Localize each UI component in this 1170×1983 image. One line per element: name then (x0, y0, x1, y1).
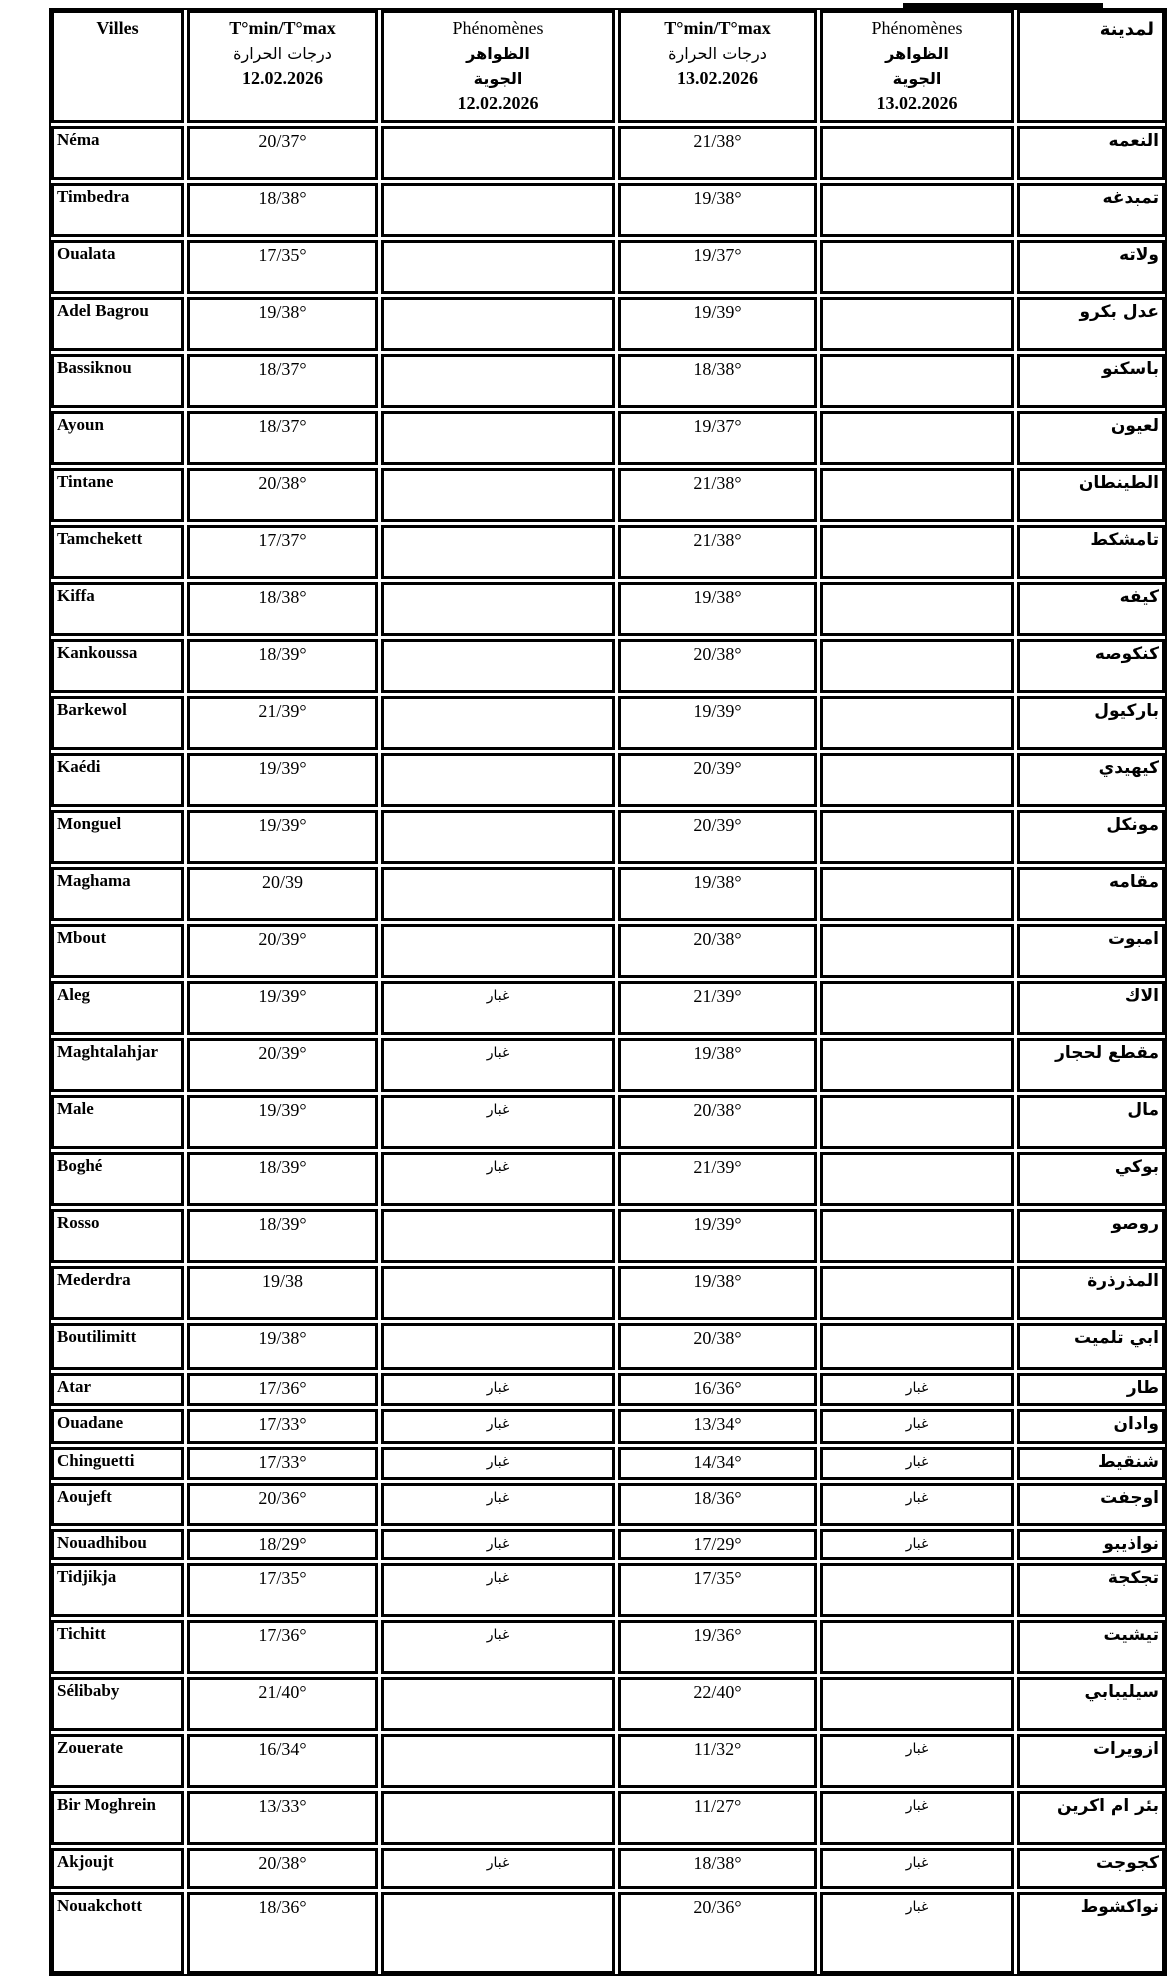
phenomena-day1-cell: غبار (381, 1373, 615, 1406)
phenomena-day1-cell (381, 1209, 615, 1263)
column-header-temp-day2: T°min/T°max درجات الحرارة 13.02.2026 (618, 10, 817, 123)
temp-day1-cell: 20/39° (187, 924, 378, 978)
city-arabic-cell: كيهيدي (1017, 753, 1165, 807)
city-arabic-cell: لعيون (1017, 411, 1165, 465)
temp-day1-cell: 18/38° (187, 582, 378, 636)
phenomena-day1-cell (381, 354, 615, 408)
temp-day2-cell: 19/38° (618, 1266, 817, 1320)
phenomena-day1-cell (381, 639, 615, 693)
phenomena-day1-cell (381, 1734, 615, 1788)
temp-day2-cell: 17/29° (618, 1529, 817, 1560)
temp-day2-cell: 21/38° (618, 126, 817, 180)
city-cell: Oualata (51, 240, 184, 294)
temp-day2-cell: 19/36° (618, 1620, 817, 1674)
phenomena-day2-cell: غبار (820, 1447, 1014, 1480)
temp-day2-cell: 20/38° (618, 639, 817, 693)
city-arabic-cell: نواذيبو (1017, 1529, 1165, 1560)
temp-day2-cell: 16/36° (618, 1373, 817, 1406)
phenomena-day2-cell: غبار (820, 1373, 1014, 1406)
temp-day1-cell: 16/34° (187, 1734, 378, 1788)
city-arabic-cell: النعمه (1017, 126, 1165, 180)
city-cell: Boutilimitt (51, 1323, 184, 1370)
city-arabic-cell: تمبدغه (1017, 183, 1165, 237)
phenomena-day2-cell (820, 753, 1014, 807)
city-cell: Zouerate (51, 1734, 184, 1788)
city-arabic-cell: كيفه (1017, 582, 1165, 636)
temp-day1-cell: 17/35° (187, 240, 378, 294)
phenomena-day1-subtitle-arabic-line1: الظواهر (384, 41, 612, 66)
city-cell: Mederdra (51, 1266, 184, 1320)
temp-day1-cell: 19/39° (187, 1095, 378, 1149)
phenomena-day2-cell (820, 183, 1014, 237)
phenomena-day1-cell: غبار (381, 981, 615, 1035)
temp-day1-cell: 18/39° (187, 1209, 378, 1263)
temp-day1-cell: 17/36° (187, 1373, 378, 1406)
temp-day1-cell: 20/38° (187, 1848, 378, 1889)
city-cell: Boghé (51, 1152, 184, 1206)
city-arabic-cell: شنقيط (1017, 1447, 1165, 1480)
city-cell: Néma (51, 126, 184, 180)
phenomena-day1-cell (381, 411, 615, 465)
phenomena-day2-subtitle-arabic-line1: الظواهر (823, 41, 1011, 66)
city-arabic-cell: باسكنو (1017, 354, 1165, 408)
phenomena-day1-cell (381, 1677, 615, 1731)
phenomena-day2-cell (820, 1677, 1014, 1731)
phenomena-day1-cell: غبار (381, 1038, 615, 1092)
temp-day2-cell: 21/38° (618, 468, 817, 522)
city-arabic-cell: بئر ام اكرين (1017, 1791, 1165, 1845)
city-arabic-cell: كنكوصه (1017, 639, 1165, 693)
city-cell: Akjoujt (51, 1848, 184, 1889)
temp-day2-cell: 18/36° (618, 1483, 817, 1526)
phenomena-day1-cell: غبار (381, 1620, 615, 1674)
phenomena-day2-cell (820, 867, 1014, 921)
temp-day2-cell: 19/39° (618, 696, 817, 750)
temp-day1-cell: 18/39° (187, 1152, 378, 1206)
city-cell: Kiffa (51, 582, 184, 636)
city-arabic-cell: باركيول (1017, 696, 1165, 750)
temp-day2-cell: 19/37° (618, 411, 817, 465)
phenomena-day2-cell (820, 1209, 1014, 1263)
temp-day1-cell: 19/38° (187, 1323, 378, 1370)
temp-day1-cell: 17/36° (187, 1620, 378, 1674)
phenomena-day2-cell (820, 582, 1014, 636)
temp-day1-cell: 18/39° (187, 639, 378, 693)
phenomena-day1-cell (381, 810, 615, 864)
temp-day1-cell: 17/35° (187, 1563, 378, 1617)
city-arabic-cell: مقطع لحجار (1017, 1038, 1165, 1092)
city-cell: Monguel (51, 810, 184, 864)
city-arabic-cell: امبوت (1017, 924, 1165, 978)
temp-day2-cell: 20/38° (618, 1095, 817, 1149)
temp-day1-cell: 19/38° (187, 297, 378, 351)
temp-day1-cell: 19/38 (187, 1266, 378, 1320)
temp-day2-cell: 11/32° (618, 1734, 817, 1788)
temp-day1-date: 12.02.2026 (190, 66, 375, 91)
phenomena-day2-cell: غبار (820, 1848, 1014, 1889)
phenomena-day1-cell (381, 582, 615, 636)
phenomena-day1-cell (381, 1892, 615, 1974)
temp-day2-cell: 20/39° (618, 753, 817, 807)
city-arabic-cell: الطينطان (1017, 468, 1165, 522)
city-cell: Aoujeft (51, 1483, 184, 1526)
phenomena-day2-subtitle-arabic-line2: الجوية (823, 66, 1011, 91)
city-cell: Sélibaby (51, 1677, 184, 1731)
temp-day2-cell: 19/38° (618, 183, 817, 237)
phenomena-day2-cell (820, 126, 1014, 180)
temp-day2-cell: 21/39° (618, 981, 817, 1035)
villes-label: Villes (54, 16, 181, 41)
temp-day1-cell: 18/38° (187, 183, 378, 237)
phenomena-day1-cell: غبار (381, 1483, 615, 1526)
city-arabic-cell: تيشيت (1017, 1620, 1165, 1674)
temp-day1-cell: 17/33° (187, 1447, 378, 1480)
phenomena-day2-cell (820, 1563, 1014, 1617)
city-arabic-cell: بوكي (1017, 1152, 1165, 1206)
city-arabic-label: لمدينة (1020, 19, 1154, 40)
temp-day1-cell: 19/39° (187, 753, 378, 807)
city-arabic-cell: نواكشوط (1017, 1892, 1165, 1974)
temp-day2-cell: 18/38° (618, 354, 817, 408)
city-arabic-cell: وادان (1017, 1409, 1165, 1444)
temp-day1-cell: 19/39° (187, 981, 378, 1035)
column-header-phenomena-day1: Phénomènes الظواهر الجوية 12.02.2026 (381, 10, 615, 123)
phenomena-day2-cell (820, 810, 1014, 864)
temp-day2-cell: 13/34° (618, 1409, 817, 1444)
phenomena-day2-cell (820, 411, 1014, 465)
city-arabic-cell: تجكجة (1017, 1563, 1165, 1617)
temp-day1-cell: 20/39° (187, 1038, 378, 1092)
phenomena-day2-cell: غبار (820, 1529, 1014, 1560)
column-header-city-arabic: لمدينة (1017, 10, 1165, 123)
temp-day1-cell: 20/37° (187, 126, 378, 180)
weather-table-wrap: Villes T°min/T°max درجات الحرارة 12.02.2… (49, 8, 1167, 1976)
temp-day1-cell: 21/39° (187, 696, 378, 750)
column-header-phenomena-day2: Phénomènes الظواهر الجوية 13.02.2026 (820, 10, 1014, 123)
city-arabic-cell: تامشكط (1017, 525, 1165, 579)
phenomena-day2-cell: غبار (820, 1734, 1014, 1788)
temp-day2-cell: 19/38° (618, 582, 817, 636)
city-arabic-cell: الاك (1017, 981, 1165, 1035)
city-cell: Ayoun (51, 411, 184, 465)
phenomena-day2-cell (820, 1038, 1014, 1092)
phenomena-day2-cell (820, 1323, 1014, 1370)
temp-day1-cell: 20/38° (187, 468, 378, 522)
temp-day1-cell: 19/39° (187, 810, 378, 864)
phenomena-day1-cell (381, 753, 615, 807)
temp-day2-cell: 19/39° (618, 1209, 817, 1263)
phenomena-day1-cell (381, 1266, 615, 1320)
city-arabic-cell: المذرذرة (1017, 1266, 1165, 1320)
city-cell: Bassiknou (51, 354, 184, 408)
city-cell: Timbedra (51, 183, 184, 237)
temp-day2-cell: 20/39° (618, 810, 817, 864)
city-cell: Male (51, 1095, 184, 1149)
city-arabic-cell: اوجفت (1017, 1483, 1165, 1526)
city-cell: Tintane (51, 468, 184, 522)
city-cell: Bir Moghrein (51, 1791, 184, 1845)
temp-day1-cell: 17/37° (187, 525, 378, 579)
phenomena-day2-cell (820, 1266, 1014, 1320)
city-cell: Adel Bagrou (51, 297, 184, 351)
phenomena-day2-cell (820, 240, 1014, 294)
city-cell: Tidjikja (51, 1563, 184, 1617)
temp-day2-cell: 19/38° (618, 1038, 817, 1092)
city-arabic-cell: مقامه (1017, 867, 1165, 921)
temp-day2-cell: 18/38° (618, 1848, 817, 1889)
phenomena-day1-subtitle-arabic-line2: الجوية (384, 66, 612, 91)
city-arabic-cell: كجوجت (1017, 1848, 1165, 1889)
temp-day1-cell: 18/37° (187, 411, 378, 465)
city-cell: Aleg (51, 981, 184, 1035)
city-cell: Maghtalahjar (51, 1038, 184, 1092)
city-cell: Kaédi (51, 753, 184, 807)
city-arabic-cell: ولاته (1017, 240, 1165, 294)
city-cell: Atar (51, 1373, 184, 1406)
temp-day1-cell: 18/37° (187, 354, 378, 408)
phenomena-day2-cell: غبار (820, 1409, 1014, 1444)
temp-day2-cell: 11/27° (618, 1791, 817, 1845)
city-cell: Ouadane (51, 1409, 184, 1444)
temp-day2-cell: 20/38° (618, 924, 817, 978)
phenomena-day2-cell (820, 924, 1014, 978)
temp-day2-cell: 17/35° (618, 1563, 817, 1617)
weather-table: Villes T°min/T°max درجات الحرارة 12.02.2… (51, 10, 1165, 1974)
phenomena-day2-date: 13.02.2026 (823, 91, 1011, 116)
phenomena-day2-cell: غبار (820, 1892, 1014, 1974)
temp-day1-cell: 13/33° (187, 1791, 378, 1845)
phenomena-day2-cell: غبار (820, 1483, 1014, 1526)
temp-day2-cell: 20/36° (618, 1892, 817, 1974)
temp-day2-cell: 19/37° (618, 240, 817, 294)
temp-day2-cell: 19/38° (618, 867, 817, 921)
column-header-temp-day1: T°min/T°max درجات الحرارة 12.02.2026 (187, 10, 378, 123)
city-cell: Kankoussa (51, 639, 184, 693)
city-arabic-cell: مونكل (1017, 810, 1165, 864)
phenomena-day2-cell (820, 981, 1014, 1035)
city-cell: Tamchekett (51, 525, 184, 579)
phenomena-day1-date: 12.02.2026 (384, 91, 612, 116)
phenomena-day2-cell (820, 525, 1014, 579)
phenomena-day1-cell (381, 924, 615, 978)
temp-day2-cell: 21/39° (618, 1152, 817, 1206)
temp-day1-cell: 21/40° (187, 1677, 378, 1731)
city-arabic-cell: مال (1017, 1095, 1165, 1149)
temp-day2-cell: 20/38° (618, 1323, 817, 1370)
city-arabic-cell: ازويرات (1017, 1734, 1165, 1788)
phenomena-day2-cell (820, 1152, 1014, 1206)
city-arabic-cell: عدل بكرو (1017, 297, 1165, 351)
phenomena-day1-cell (381, 297, 615, 351)
phenomena-day2-cell (820, 1095, 1014, 1149)
phenomena-day1-title: Phénomènes (384, 16, 612, 41)
phenomena-day1-cell (381, 525, 615, 579)
city-arabic-cell: سيليبابي (1017, 1677, 1165, 1731)
phenomena-day1-cell: غبار (381, 1152, 615, 1206)
city-cell: Tichitt (51, 1620, 184, 1674)
city-cell: Chinguetti (51, 1447, 184, 1480)
phenomena-day1-cell (381, 696, 615, 750)
city-arabic-cell: طار (1017, 1373, 1165, 1406)
city-arabic-cell: ابي تلميت (1017, 1323, 1165, 1370)
temp-day1-cell: 20/36° (187, 1483, 378, 1526)
phenomena-day1-cell: غبار (381, 1529, 615, 1560)
temp-day1-subtitle-arabic: درجات الحرارة (190, 41, 375, 66)
temp-day1-cell: 17/33° (187, 1409, 378, 1444)
phenomena-day2-cell (820, 297, 1014, 351)
phenomena-day2-cell (820, 354, 1014, 408)
city-cell: Barkewol (51, 696, 184, 750)
temp-day2-date: 13.02.2026 (621, 66, 814, 91)
phenomena-day1-cell (381, 1791, 615, 1845)
phenomena-day2-cell (820, 639, 1014, 693)
city-cell: Mbout (51, 924, 184, 978)
phenomena-day1-cell (381, 183, 615, 237)
city-cell: Rosso (51, 1209, 184, 1263)
temp-day1-title: T°min/T°max (190, 16, 375, 41)
temp-day2-cell: 22/40° (618, 1677, 817, 1731)
temp-day1-cell: 18/29° (187, 1529, 378, 1560)
phenomena-day1-cell (381, 1323, 615, 1370)
phenomena-day2-cell (820, 468, 1014, 522)
phenomena-day1-cell: غبار (381, 1848, 615, 1889)
phenomena-day1-cell: غبار (381, 1563, 615, 1617)
phenomena-day1-cell (381, 126, 615, 180)
temp-day1-cell: 20/39 (187, 867, 378, 921)
temp-day2-cell: 14/34° (618, 1447, 817, 1480)
temp-day2-cell: 19/39° (618, 297, 817, 351)
phenomena-day1-cell (381, 468, 615, 522)
temp-day1-cell: 18/36° (187, 1892, 378, 1974)
city-cell: Nouakchott (51, 1892, 184, 1974)
column-header-villes: Villes (51, 10, 184, 123)
city-cell: Maghama (51, 867, 184, 921)
phenomena-day2-cell: غبار (820, 1791, 1014, 1845)
phenomena-day1-cell: غبار (381, 1095, 615, 1149)
temp-day2-subtitle-arabic: درجات الحرارة (621, 41, 814, 66)
phenomena-day1-cell: غبار (381, 1447, 615, 1480)
phenomena-day1-cell (381, 240, 615, 294)
phenomena-day1-cell (381, 867, 615, 921)
city-arabic-cell: روصو (1017, 1209, 1165, 1263)
temp-day2-title: T°min/T°max (621, 16, 814, 41)
phenomena-day2-cell (820, 1620, 1014, 1674)
phenomena-day2-cell (820, 696, 1014, 750)
city-cell: Nouadhibou (51, 1529, 184, 1560)
phenomena-day2-title: Phénomènes (823, 16, 1011, 41)
temp-day2-cell: 21/38° (618, 525, 817, 579)
phenomena-day1-cell: غبار (381, 1409, 615, 1444)
